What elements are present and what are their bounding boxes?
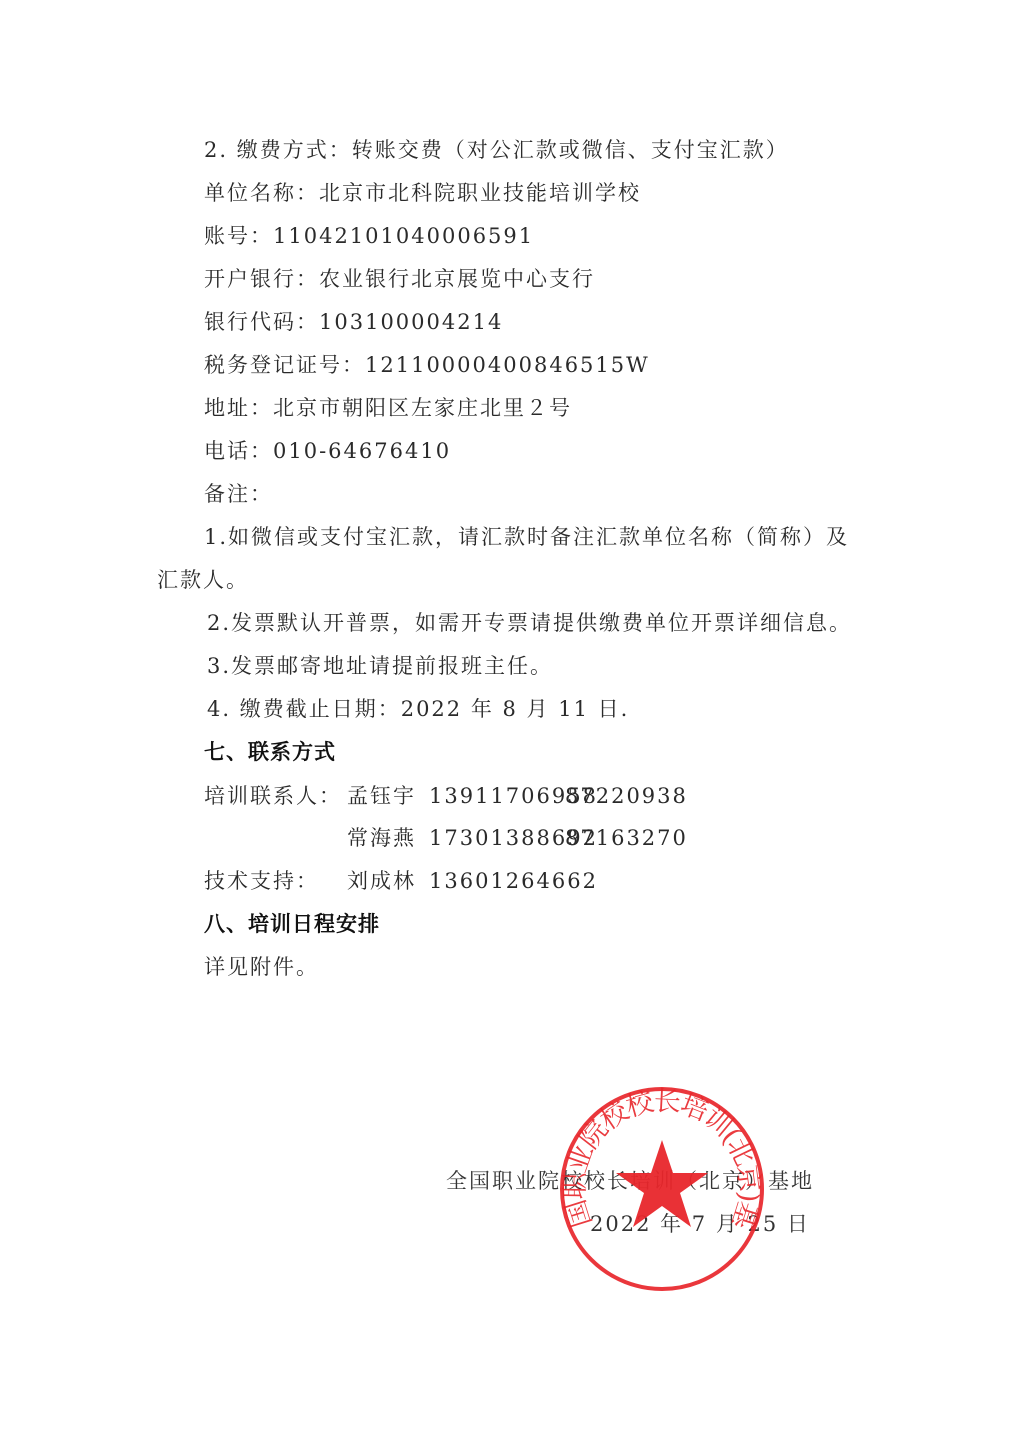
payment-method: 2. 缴费方式：转账交费（对公汇款或微信、支付宝汇款）	[204, 136, 789, 164]
notes-title: 备注：	[204, 480, 273, 508]
contact-mobile: 13911706958	[429, 782, 565, 810]
tax-id: 税务登记证号：12110000400846515W	[204, 351, 650, 379]
tech-name: 刘成林	[347, 867, 429, 895]
phone: 电话：010-64676410	[204, 437, 451, 465]
official-seal-icon: 全国职业院校校长培训(北京)基地	[558, 1085, 766, 1293]
contact-heading: 七、联系方式	[204, 738, 336, 766]
contact-name: 常海燕	[347, 824, 429, 852]
schedule-text: 详见附件。	[204, 953, 319, 981]
contact-mobile: 17301388692	[429, 824, 565, 852]
note-item-4: 4. 缴费截止日期：2022 年 8 月 11 日.	[207, 695, 629, 723]
account-number: 账号：11042101040006591	[204, 222, 534, 250]
note-item-1-cont: 汇款人。	[157, 566, 249, 594]
tech-mobile: 13601264662	[429, 867, 598, 895]
contact-row-1: 培训联系人：孟钰宇1391170695887220938	[204, 782, 688, 810]
contact-phone: 87163270	[565, 824, 688, 852]
contact-phone: 87220938	[565, 782, 688, 810]
star-icon	[616, 1140, 708, 1227]
note-item-3: 3.发票邮寄地址请提前报班主任。	[207, 652, 553, 680]
address: 地址：北京市朝阳区左家庄北里２号	[204, 394, 572, 422]
unit-name: 单位名称：北京市北科院职业技能培训学校	[204, 179, 641, 207]
tech-support-row: 技术支持：刘成林13601264662	[204, 867, 598, 895]
contact-row-2: 常海燕1730138869287163270	[204, 824, 688, 852]
schedule-heading: 八、培训日程安排	[204, 910, 380, 938]
bank-name: 开户银行：农业银行北京展览中心支行	[204, 265, 595, 293]
note-item-1: 1.如微信或支付宝汇款，请汇款时备注汇款单位名称（简称）及	[204, 523, 849, 551]
tech-support-label: 技术支持：	[204, 867, 347, 895]
bank-code: 银行代码：103100004214	[204, 308, 503, 336]
contact-name: 孟钰宇	[347, 782, 429, 810]
note-item-2: 2.发票默认开普票，如需开专票请提供缴费单位开票详细信息。	[207, 609, 852, 637]
training-contact-label: 培训联系人：	[204, 782, 347, 810]
